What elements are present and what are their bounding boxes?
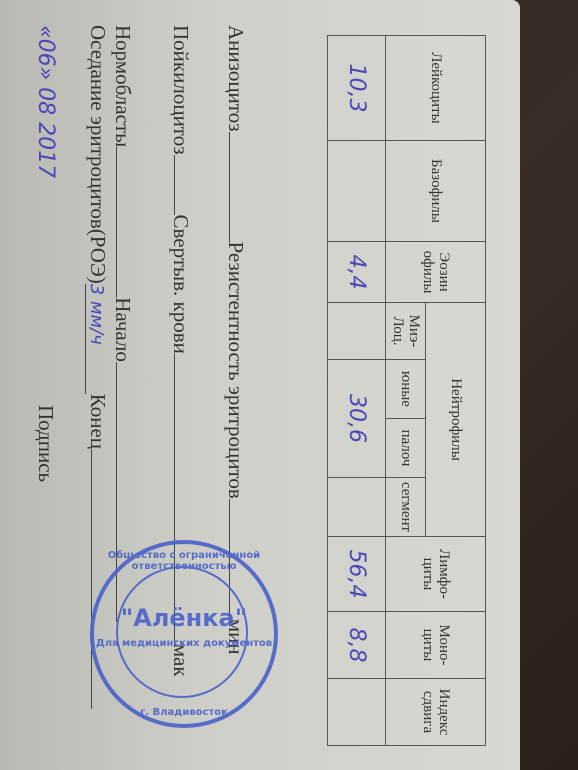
stamp-city: г. Владивосток — [94, 707, 274, 718]
header-lymphocytes: Лимфо- циты — [386, 537, 486, 612]
date-value: «06» 08 2017 — [33, 25, 58, 405]
esr-value: 3 мм/ч — [85, 284, 107, 394]
header-young: юные — [386, 360, 426, 419]
rotated-form: Лейкоциты Базофилы Эозин офилы Нейтрофил… — [0, 0, 578, 770]
header-segmented: сегмент — [386, 478, 426, 537]
organization-stamp: Общество с ограниченной ответственностью… — [90, 540, 278, 728]
blood-count-table: Лейкоциты Базофилы Эозин офилы Нейтрофил… — [327, 35, 486, 746]
resistance-label: Резистентность эритроцитов — [224, 242, 248, 499]
anisocytosis-label: Анизоцитоз — [224, 25, 248, 132]
value-lymphocytes: 56,4 — [328, 537, 386, 612]
header-eosinophils: Эозин офилы — [386, 242, 486, 303]
value-shift-index — [328, 679, 386, 746]
date-signature-row: «06» 08 2017Подпись — [33, 25, 58, 482]
signature-label: Подпись — [34, 405, 58, 482]
header-shift-index: Индекс сдвига — [386, 679, 486, 746]
header-myelocytes: Миэ- Лоц. — [386, 303, 426, 360]
stamp-subtitle: Для медицинских документов — [94, 638, 274, 649]
value-band: 30,6 — [328, 360, 386, 478]
poikilocytosis-label: Пойкилоцитоз — [169, 25, 193, 155]
end-label: Конец — [86, 394, 110, 449]
stamp-ring-text: Общество с ограниченной ответственностью — [94, 550, 274, 572]
clotting-label: Свертыв. крови — [169, 215, 193, 354]
value-segmented — [328, 478, 386, 537]
header-monocytes: Моно- циты — [386, 612, 486, 679]
value-leukocytes: 10,3 — [328, 36, 386, 141]
normoblasts-row: НормобластыНачало — [110, 25, 135, 622]
header-neutrophils: Нейтрофилы — [426, 303, 486, 537]
esr-label: Оседание эритроцитов(РОЭ) — [86, 25, 110, 284]
value-monocytes: 8,8 — [328, 612, 386, 679]
header-leukocytes: Лейкоциты — [386, 36, 486, 141]
start-label: Начало — [111, 297, 135, 362]
header-basophils: Базофилы — [386, 141, 486, 242]
header-band: палоч — [386, 419, 426, 478]
stamp-name: "Алёнка" — [94, 604, 274, 632]
value-eosinophils: 4,4 — [328, 242, 386, 303]
value-basophils — [328, 141, 386, 242]
value-myelocytes — [328, 303, 386, 360]
normoblasts-label: Нормобласты — [111, 25, 135, 147]
